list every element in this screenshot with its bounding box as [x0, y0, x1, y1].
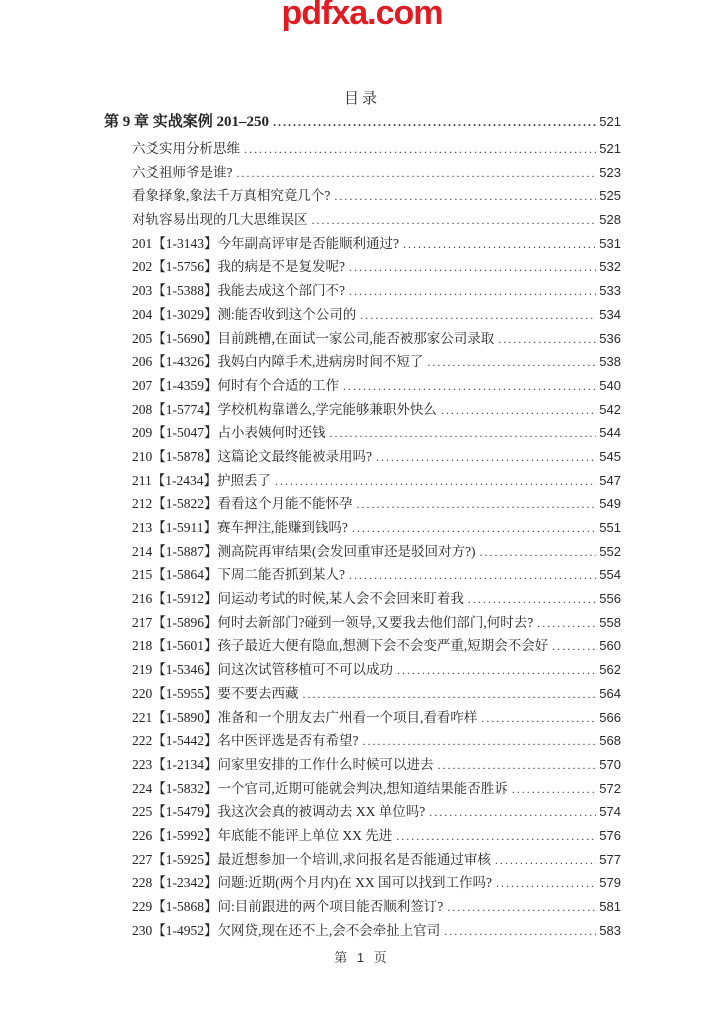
dot-leader: ........................................… [438, 758, 597, 773]
dot-leader: ........................................… [330, 426, 597, 441]
toc-item-row: 221【1-5890】准备和一个朋友去广州看一个项目,看看咋样 ........… [104, 706, 621, 730]
toc-entry-title: 203【1-5388】我能去成这个部门不? [132, 279, 345, 299]
toc-entry-title: 对轨容易出现的几大思维误区 [132, 208, 308, 228]
toc-entry-title: 222【1-5442】名中医评选是否有希望? [132, 729, 359, 749]
toc-entry-title: 223【1-2134】问家里安排的工作什么时候可以进去 [132, 753, 434, 773]
dot-leader: ........................................… [363, 734, 597, 749]
dot-leader: ........................................… [444, 924, 596, 939]
toc-item-row: 222【1-5442】名中医评选是否有希望? .................… [104, 729, 621, 753]
toc-item-row: 207【1-4359】何时有个合适的工作 ...................… [104, 374, 621, 398]
toc-entry-title: 229【1-5868】问:目前跟进的两个项目能否顺利签订? [132, 895, 443, 915]
dot-leader: ........................................… [396, 829, 596, 844]
toc-entry-title: 224【1-5832】一个官司,近期可能就会判决,想知道结果能否胜诉 [132, 777, 508, 797]
dot-leader: ........................................… [481, 711, 596, 726]
toc-section-row: 六爻实用分析思维 ...............................… [104, 137, 621, 161]
toc-page-number: 525 [599, 188, 621, 203]
toc-entry-title: 227【1-5925】最近想参加一个培训,求问报名是否能通过审核 [132, 848, 491, 868]
toc-entry-title: 201【1-3143】今年副高评审是否能顺利通过? [132, 232, 399, 252]
toc-title: 目录 [0, 87, 724, 108]
dot-leader: ........................................… [468, 592, 596, 607]
toc-entry-title: 225【1-5479】我这次会真的被调动去 XX 单位吗? [132, 800, 425, 820]
toc-page-number: 531 [599, 236, 621, 251]
toc-page-number: 545 [599, 449, 621, 464]
toc-page-number: 562 [599, 662, 621, 677]
toc-entry-title: 六爻实用分析思维 [132, 137, 240, 157]
dot-leader: ........................................… [429, 805, 596, 820]
toc-item-row: 213【1-5911】赛车押注,能赚到钱吗? .................… [104, 516, 621, 540]
dot-leader: ........................................… [349, 284, 596, 299]
dot-leader: ........................................… [447, 900, 596, 915]
site-watermark: pdfxa.com [0, 0, 724, 33]
toc-page-number: 583 [599, 923, 621, 938]
toc-entry-title: 看象择象,象法千万真相究竟几个? [132, 184, 330, 204]
toc-page-number: 558 [599, 615, 621, 630]
toc-page-number: 564 [599, 686, 621, 701]
toc-page-number: 549 [599, 496, 621, 511]
toc-item-row: 228【1-2342】问题:近期(两个月内)在 XX 国可以找到工作吗? ...… [104, 871, 621, 895]
toc-item-row: 216【1-5912】问运动考试的时候,某人会不会回来盯着我 .........… [104, 587, 621, 611]
toc-item-row: 208【1-5774】学校机构靠谱么,学完能够兼职外快么 ...........… [104, 398, 621, 422]
toc-item-row: 230【1-4952】欠网贷,现在还不上,会不会牵扯上官司 ..........… [104, 919, 621, 943]
toc-item-row: 229【1-5868】问:目前跟进的两个项目能否顺利签订? ..........… [104, 895, 621, 919]
dot-leader: ........................................… [312, 213, 597, 228]
toc-page-number: 547 [599, 473, 621, 488]
toc-section-row: 六爻祖师爷是谁? ...............................… [104, 161, 621, 185]
toc-item-row: 226【1-5992】年底能不能评上单位 XX 先进 .............… [104, 824, 621, 848]
dot-leader: ........................................… [427, 355, 596, 370]
toc-page-number: 551 [599, 520, 621, 535]
toc-entry-title: 208【1-5774】学校机构靠谱么,学完能够兼职外快么 [132, 398, 437, 418]
dot-leader: ........................................… [244, 142, 596, 157]
toc-entry-title: 212【1-5822】看看这个月能不能怀孕 [132, 492, 353, 512]
dot-leader: ........................................… [273, 115, 596, 130]
toc-entry-title: 204【1-3029】测:能否收到这个公司的 [132, 303, 356, 323]
toc-page-number: 544 [599, 425, 621, 440]
page-number-footer: 第 1 页 [0, 947, 724, 966]
toc-item-row: 211【1-2434】护照丢了 ........................… [104, 469, 621, 493]
toc-entry-title: 207【1-4359】何时有个合适的工作 [132, 374, 339, 394]
toc-item-row: 204【1-3029】测:能否收到这个公司的 .................… [104, 303, 621, 327]
toc-page-number: 532 [599, 259, 621, 274]
dot-leader: ........................................… [349, 568, 596, 583]
toc-section-row: 对轨容易出现的几大思维误区 ..........................… [104, 208, 621, 232]
toc-page-number: 577 [599, 852, 621, 867]
toc-page-number: 521 [599, 141, 621, 156]
toc-entry-title: 205【1-5690】目前跳槽,在面试一家公司,能否被那家公司录取 [132, 327, 494, 347]
toc-page-number: 568 [599, 733, 621, 748]
toc-page-number: 523 [599, 165, 621, 180]
toc-page-number: 570 [599, 757, 621, 772]
toc-entry-title: 216【1-5912】问运动考试的时候,某人会不会回来盯着我 [132, 587, 464, 607]
dot-leader: ........................................… [376, 450, 596, 465]
toc-entry-title: 217【1-5896】何时去新部门?碰到一领导,又要我去他们部门,何时去? [132, 611, 533, 631]
toc-item-row: 205【1-5690】目前跳槽,在面试一家公司,能否被那家公司录取 ......… [104, 327, 621, 351]
toc-entry-title: 226【1-5992】年底能不能评上单位 XX 先进 [132, 824, 392, 844]
toc-page-number: 542 [599, 402, 621, 417]
toc-page-number: 581 [599, 899, 621, 914]
toc-item-row: 212【1-5822】看看这个月能不能怀孕 ..................… [104, 492, 621, 516]
dot-leader: ........................................… [237, 166, 597, 181]
toc-entry-title: 209【1-5047】占小表姨何时还钱 [132, 421, 326, 441]
toc-page-number: 540 [599, 378, 621, 393]
toc-page-number: 538 [599, 354, 621, 369]
dot-leader: ........................................… [512, 782, 597, 797]
toc-item-row: 223【1-2134】问家里安排的工作什么时候可以进去 ............… [104, 753, 621, 777]
toc-entry-title: 221【1-5890】准备和一个朋友去广州看一个项目,看看咋样 [132, 706, 477, 726]
dot-leader: ........................................… [479, 545, 596, 560]
toc-page-number: 536 [599, 331, 621, 346]
toc-page-number: 554 [599, 567, 621, 582]
toc-item-row: 225【1-5479】我这次会真的被调动去 XX 单位吗? ..........… [104, 800, 621, 824]
document-page: pdfxa.com 目录 第 9 章 实战案例 201–250 ........… [0, 0, 724, 1024]
dot-leader: ........................................… [397, 663, 596, 678]
toc-page-number: 576 [599, 828, 621, 843]
toc-page-number: 560 [599, 638, 621, 653]
toc-section-row: 看象择象,象法千万真相究竟几个? .......................… [104, 184, 621, 208]
toc-entry-title: 202【1-5756】我的病是不是复发呢? [132, 255, 345, 275]
dot-leader: ........................................… [496, 876, 596, 891]
toc-entry-title: 230【1-4952】欠网贷,现在还不上,会不会牵扯上官司 [132, 919, 440, 939]
toc-entry-title: 214【1-5887】测高院再审结果(会发回重审还是驳回对方?) [132, 540, 475, 560]
toc-item-row: 217【1-5896】何时去新部门?碰到一领导,又要我去他们部门,何时去? ..… [104, 611, 621, 635]
dot-leader: ........................................… [275, 474, 596, 489]
toc-entry-title: 215【1-5864】下周二能否抓到某人? [132, 563, 345, 583]
toc-item-row: 214【1-5887】测高院再审结果(会发回重审还是驳回对方?) .......… [104, 540, 621, 564]
dot-leader: ........................................… [352, 521, 596, 536]
toc-page-number: 534 [599, 307, 621, 322]
dot-leader: ........................................… [552, 639, 596, 654]
toc-entry-title: 210【1-5878】这篇论文最终能被录用吗? [132, 445, 372, 465]
dot-leader: ........................................… [498, 332, 596, 347]
dot-leader: ........................................… [303, 687, 597, 702]
toc-item-row: 203【1-5388】我能去成这个部门不? ..................… [104, 279, 621, 303]
toc-chapter-row: 第 9 章 实战案例 201–250 .....................… [104, 110, 621, 137]
toc-page-number: 528 [599, 212, 621, 227]
dot-leader: ........................................… [334, 189, 596, 204]
toc-item-row: 202【1-5756】我的病是不是复发呢? ..................… [104, 255, 621, 279]
toc-item-row: 224【1-5832】一个官司,近期可能就会判决,想知道结果能否胜诉 .....… [104, 777, 621, 801]
dot-leader: ........................................… [403, 237, 596, 252]
toc-page-number: 579 [599, 875, 621, 890]
dot-leader: ........................................… [343, 379, 596, 394]
toc-page-number: 552 [599, 544, 621, 559]
toc-entry-title: 第 9 章 实战案例 201–250 [104, 110, 269, 131]
toc-page-number: 533 [599, 283, 621, 298]
dot-leader: ........................................… [495, 853, 596, 868]
dot-leader: ........................................… [537, 616, 596, 631]
toc-item-row: 219【1-5346】问这次试管移植可不可以成功 ...............… [104, 658, 621, 682]
toc-item-row: 218【1-5601】孩子最近大便有隐血,想测下会不会变严重,短期会不会好 ..… [104, 634, 621, 658]
toc-entry-title: 218【1-5601】孩子最近大便有隐血,想测下会不会变严重,短期会不会好 [132, 634, 548, 654]
toc-entry-title: 219【1-5346】问这次试管移植可不可以成功 [132, 658, 393, 678]
toc-list: 第 9 章 实战案例 201–250 .....................… [104, 110, 621, 942]
toc-page-number: 566 [599, 710, 621, 725]
toc-item-row: 209【1-5047】占小表姨何时还钱 ....................… [104, 421, 621, 445]
toc-item-row: 210【1-5878】这篇论文最终能被录用吗? ................… [104, 445, 621, 469]
toc-page-number: 574 [599, 804, 621, 819]
toc-entry-title: 206【1-4326】我妈白内障手术,进病房时间不短了 [132, 350, 423, 370]
toc-entry-title: 220【1-5955】要不要去西藏 [132, 682, 299, 702]
toc-entry-title: 213【1-5911】赛车押注,能赚到钱吗? [132, 516, 348, 536]
toc-page-number: 556 [599, 591, 621, 606]
toc-entry-title: 228【1-2342】问题:近期(两个月内)在 XX 国可以找到工作吗? [132, 871, 492, 891]
toc-item-row: 206【1-4326】我妈白内障手术,进病房时间不短了 ............… [104, 350, 621, 374]
toc-page-number: 572 [599, 781, 621, 796]
toc-item-row: 201【1-3143】今年副高评审是否能顺利通过? ..............… [104, 232, 621, 256]
toc-entry-title: 211【1-2434】护照丢了 [132, 469, 271, 489]
dot-leader: ........................................… [441, 403, 596, 418]
dot-leader: ........................................… [360, 308, 596, 323]
toc-entry-title: 六爻祖师爷是谁? [132, 161, 233, 181]
dot-leader: ........................................… [349, 260, 596, 275]
toc-item-row: 215【1-5864】下周二能否抓到某人? ..................… [104, 563, 621, 587]
toc-item-row: 227【1-5925】最近想参加一个培训,求问报名是否能通过审核 .......… [104, 848, 621, 872]
dot-leader: ........................................… [357, 497, 597, 512]
toc-item-row: 220【1-5955】要不要去西藏 ......................… [104, 682, 621, 706]
toc-page-number: 521 [599, 114, 621, 129]
